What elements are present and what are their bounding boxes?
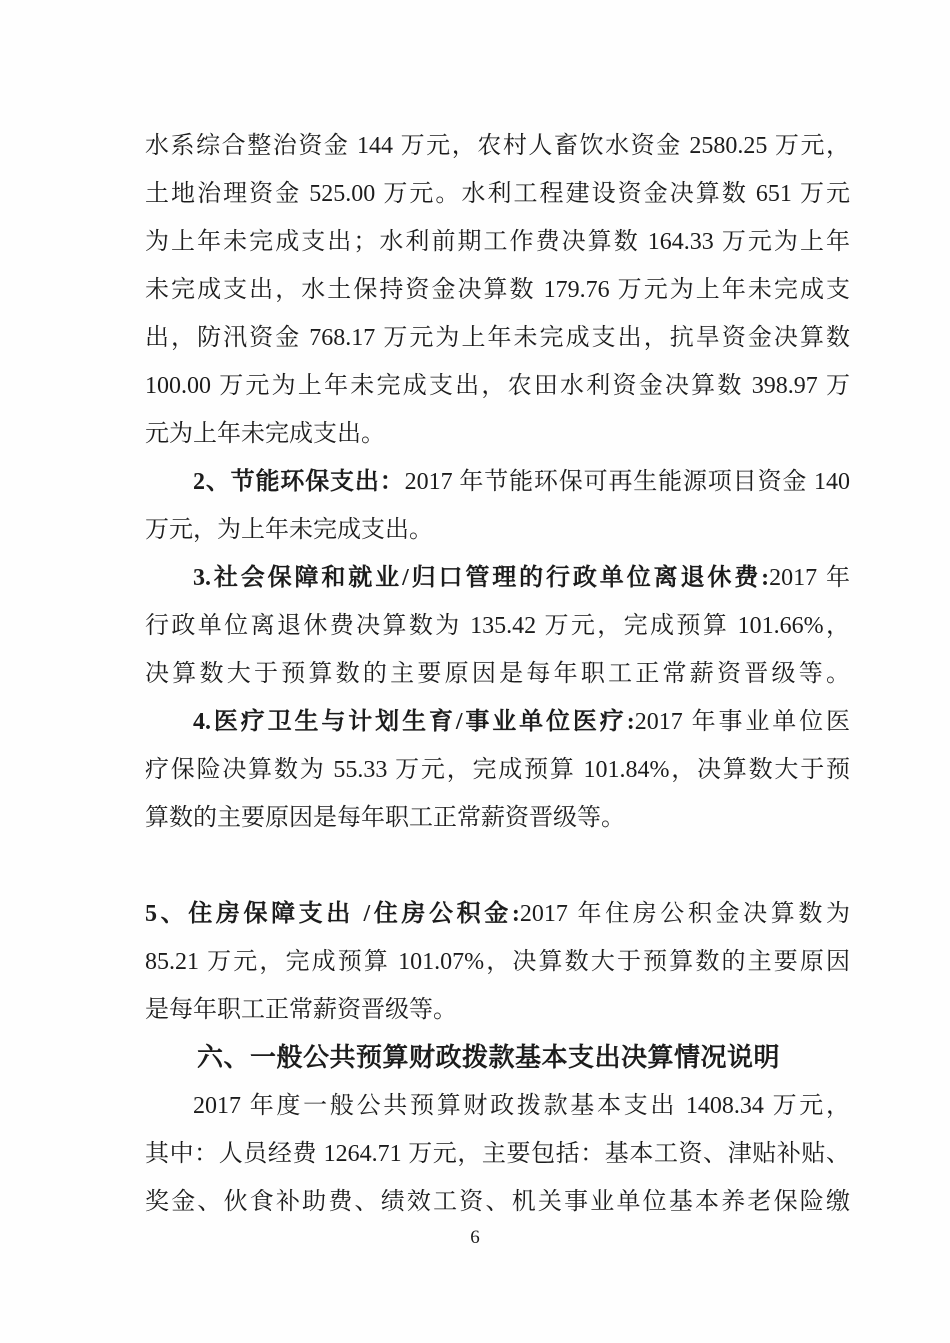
text-line: 算数的主要原因是每年职工正常薪资晋级等。	[145, 794, 850, 842]
text-line: 水系综合整治资金 144 万元，农村人畜饮水资金 2580.25 万元，	[145, 122, 850, 170]
text-run: 算数的主要原因是每年职工正常薪资晋级等。	[145, 805, 625, 831]
text-line: 元为上年未完成支出。	[145, 410, 850, 458]
document-page: 水系综合整治资金 144 万元，农村人畜饮水资金 2580.25 万元，土地治理…	[0, 0, 950, 1343]
text-line: 行政单位离退休费决算数为 135.42 万元，完成预算 101.66%，	[145, 602, 850, 650]
bold-text-run: 5、住房保障支出 /住房公积金:	[145, 901, 520, 927]
text-line: 其中：人员经费 1264.71 万元，主要包括：基本工资、津贴补贴、	[145, 1130, 850, 1178]
text-run: 2017 年住房公积金决算数为	[520, 901, 850, 927]
text-line: 决算数大于预算数的主要原因是每年职工正常薪资晋级等。	[145, 650, 850, 698]
text-run: 奖金、伙食补助费、绩效工资、机关事业单位基本养老保险缴	[145, 1189, 850, 1215]
text-line: 出，防汛资金 768.17 万元为上年未完成支出，抗旱资金决算数	[145, 314, 850, 362]
bold-text-run: 4.医疗卫生与计划生育/事业单位医疗:	[193, 709, 635, 735]
document-body: 水系综合整治资金 144 万元，农村人畜饮水资金 2580.25 万元，土地治理…	[145, 122, 850, 1226]
text-run: 元为上年未完成支出。	[145, 421, 385, 447]
bold-text-run: 2、节能环保支出：	[193, 469, 405, 495]
text-run: 行政单位离退休费决算数为 135.42 万元，完成预算 101.66%，	[145, 613, 850, 639]
text-line: 为上年未完成支出；水利前期工作费决算数 164.33 万元为上年	[145, 218, 850, 266]
text-line: 3.社会保障和就业/归口管理的行政单位离退休费:2017 年	[145, 554, 850, 602]
text-line: 2、节能环保支出：2017 年节能环保可再生能源项目资金 140	[145, 458, 850, 506]
text-run: 决算数大于预算数的主要原因是每年职工正常薪资晋级等。	[145, 661, 850, 687]
section-heading: 六、一般公共预算财政拨款基本支出决算情况说明	[145, 1034, 850, 1082]
text-run: 万元，为上年未完成支出。	[145, 517, 433, 543]
text-run: 是每年职工正常薪资晋级等。	[145, 997, 457, 1023]
page-number: 6	[0, 1224, 950, 1252]
text-run: 水系综合整治资金 144 万元，农村人畜饮水资金 2580.25 万元，	[145, 133, 850, 159]
text-line: 奖金、伙食补助费、绩效工资、机关事业单位基本养老保险缴	[145, 1178, 850, 1226]
text-line: 土地治理资金 525.00 万元。水利工程建设资金决算数 651 万元	[145, 170, 850, 218]
text-run: 2017 年节能环保可再生能源项目资金 140	[405, 469, 850, 495]
text-run: 其中：人员经费 1264.71 万元，主要包括：基本工资、津贴补贴、	[145, 1141, 850, 1167]
text-line: 100.00 万元为上年未完成支出，农田水利资金决算数 398.97 万	[145, 362, 850, 410]
text-run: 2017 年	[769, 565, 850, 591]
text-line: 5、住房保障支出 /住房公积金:2017 年住房公积金决算数为	[145, 890, 850, 938]
text-line: 85.21 万元，完成预算 101.07%，决算数大于预算数的主要原因	[145, 938, 850, 986]
text-run: 疗保险决算数为 55.33 万元，完成预算 101.84%，决算数大于预	[145, 757, 850, 783]
text-line: 万元，为上年未完成支出。	[145, 506, 850, 554]
text-run: 出，防汛资金 768.17 万元为上年未完成支出，抗旱资金决算数	[145, 325, 850, 351]
text-line: 是每年职工正常薪资晋级等。	[145, 986, 850, 1034]
text-run: 未完成支出，水土保持资金决算数 179.76 万元为上年未完成支	[145, 277, 850, 303]
text-line: 4.医疗卫生与计划生育/事业单位医疗:2017 年事业单位医	[145, 698, 850, 746]
text-run: 为上年未完成支出；水利前期工作费决算数 164.33 万元为上年	[145, 229, 850, 255]
blank-line	[145, 842, 850, 890]
text-run: 2017 年度一般公共预算财政拨款基本支出 1408.34 万元，	[193, 1093, 850, 1119]
bold-text-run: 六、一般公共预算财政拨款基本支出决算情况说明	[197, 1043, 780, 1073]
bold-text-run: 3.社会保障和就业/归口管理的行政单位离退休费:	[193, 565, 769, 591]
text-line: 未完成支出，水土保持资金决算数 179.76 万元为上年未完成支	[145, 266, 850, 314]
text-line: 疗保险决算数为 55.33 万元，完成预算 101.84%，决算数大于预	[145, 746, 850, 794]
text-run: 100.00 万元为上年未完成支出，农田水利资金决算数 398.97 万	[145, 373, 850, 399]
text-run: 2017 年事业单位医	[635, 709, 850, 735]
text-run: 85.21 万元，完成预算 101.07%，决算数大于预算数的主要原因	[145, 949, 850, 975]
text-run: 土地治理资金 525.00 万元。水利工程建设资金决算数 651 万元	[145, 181, 850, 207]
text-line: 2017 年度一般公共预算财政拨款基本支出 1408.34 万元，	[145, 1082, 850, 1130]
